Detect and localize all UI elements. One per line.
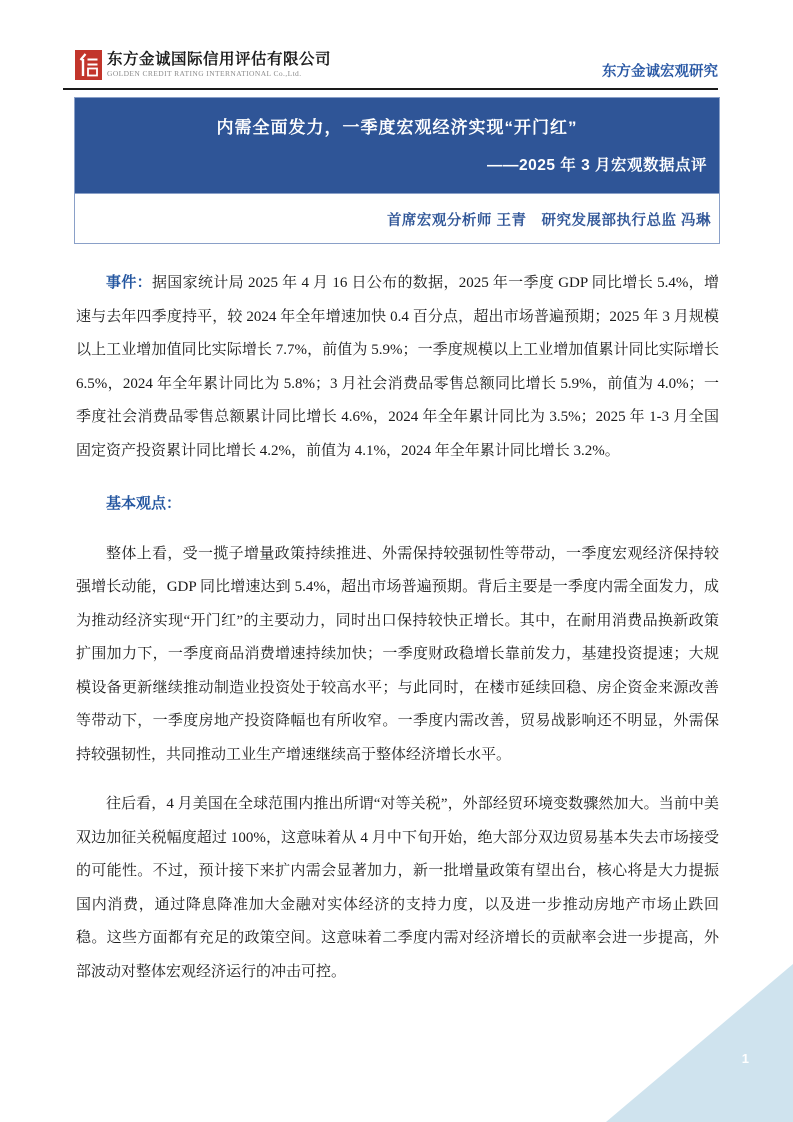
- company-logo-icon: [75, 50, 102, 80]
- event-label: 事件：: [106, 275, 152, 291]
- event-text: 据国家统计局 2025 年 4 月 16 日公布的数据，2025 年一季度 GD…: [76, 275, 719, 459]
- byline: 首席宏观分析师 王青 研究发展部执行总监 冯琳: [75, 193, 719, 243]
- title-block: 内需全面发力，一季度宏观经济实现“开门红” ——2025 年 3 月宏观数据点评…: [74, 97, 720, 244]
- series-label: 东方金诚宏观研究: [602, 60, 718, 81]
- page-number: 1: [742, 1051, 749, 1066]
- title-banner: 内需全面发力，一季度宏观经济实现“开门红” ——2025 年 3 月宏观数据点评: [75, 98, 719, 193]
- corner-triangle-decoration: [606, 964, 793, 1122]
- viewpoint-heading-row: 基本观点：: [76, 488, 719, 522]
- viewpoint-heading: 基本观点：: [106, 496, 181, 512]
- event-paragraph: 事件：据国家统计局 2025 年 4 月 16 日公布的数据，2025 年一季度…: [76, 267, 719, 468]
- report-page: 东方金诚国际信用评估有限公司 GOLDEN CREDIT RATING INTE…: [0, 0, 793, 1122]
- company-name-cn: 东方金诚国际信用评估有限公司: [107, 50, 331, 69]
- page-header: 东方金诚国际信用评估有限公司 GOLDEN CREDIT RATING INTE…: [75, 50, 718, 84]
- report-body: 事件：据国家统计局 2025 年 4 月 16 日公布的数据，2025 年一季度…: [76, 267, 719, 989]
- company-name-en: GOLDEN CREDIT RATING INTERNATIONAL Co.,L…: [107, 69, 331, 79]
- body-paragraph-1: 整体上看，受一揽子增量政策持续推进、外需保持较强韧性等带动，一季度宏观经济保持较…: [76, 538, 719, 773]
- company-name-stack: 东方金诚国际信用评估有限公司 GOLDEN CREDIT RATING INTE…: [107, 50, 331, 79]
- body-paragraph-2: 往后看，4 月美国在全球范围内推出所谓“对等关税”，外部经贸环境变数骤然加大。当…: [76, 788, 719, 989]
- header-divider: [63, 88, 718, 90]
- report-title: 内需全面发力，一季度宏观经济实现“开门红”: [87, 117, 707, 139]
- report-subtitle: ——2025 年 3 月宏观数据点评: [87, 156, 707, 176]
